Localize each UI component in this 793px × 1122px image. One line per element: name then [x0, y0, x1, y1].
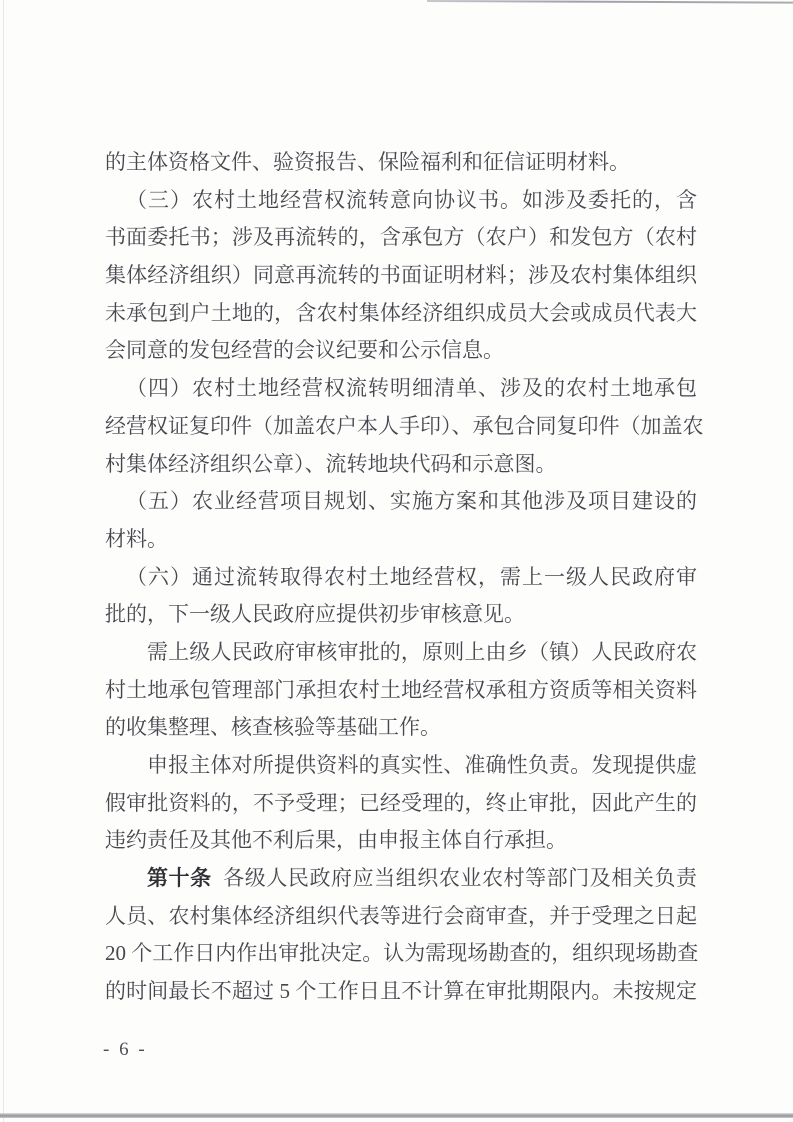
text-line: 需上级人民政府审核审批的，原则上由乡（镇）人民政府农 [105, 634, 697, 672]
scan-edge-bottom [0, 1113, 793, 1118]
scanned-document-page: 的主体资格文件、验资报告、保险福利和征信证明材料。（三）农村土地经营权流转意向协… [0, 0, 793, 1122]
scan-edge-top [427, 0, 793, 4]
text-line: 批的，下一级人民政府应提供初步审核意见。 [105, 596, 697, 634]
text-line: （四）农村土地经营权流转明细清单、涉及的农村土地承包 [105, 370, 697, 408]
text-line: 的主体资格文件、验资报告、保险福利和征信证明材料。 [105, 144, 697, 182]
page-number: - 6 - [103, 1040, 147, 1059]
text-line: 假审批资料的，不予受理；已经受理的，终止审批，因此产生的 [105, 785, 697, 823]
text-line: 书面委托书；涉及再流转的，含承包方（农户）和发包方（农村 [105, 219, 697, 257]
article-number-term: 第十条 [147, 866, 212, 890]
text-line: 的收集整理、核查核验等基础工作。 [105, 709, 697, 747]
text-line: 人员、农村集体经济组织代表等进行会商审查，并于受理之日起 [105, 898, 697, 936]
text-line: 经营权证复印件（加盖农户本人手印）、承包合同复印件（加盖农 [105, 408, 697, 446]
text-line: 材料。 [105, 521, 697, 559]
text-line: （六）通过流转取得农村土地经营权，需上一级人民政府审 [105, 559, 697, 597]
document-body: 的主体资格文件、验资报告、保险福利和征信证明材料。（三）农村土地经营权流转意向协… [105, 144, 697, 1011]
text-line: 的时间最长不超过 5 个工作日且不计算在审批期限内。未按规定 [105, 973, 697, 1011]
text-line: 会同意的发包经营的会议纪要和公示信息。 [105, 332, 697, 370]
text-line: 第十条各级人民政府应当组织农业农村等部门及相关负责 [105, 860, 697, 898]
text-line: 20 个工作日内作出审批决定。认为需现场勘查的，组织现场勘查 [105, 935, 697, 973]
scan-edge-left [3, 0, 4, 1122]
text-line: （五）农业经营项目规划、实施方案和其他涉及项目建设的 [105, 483, 697, 521]
text-line: （三）农村土地经营权流转意向协议书。如涉及委托的，含 [105, 182, 697, 220]
text-line: 违约责任及其他不利后果，由申报主体自行承担。 [105, 822, 697, 860]
text-line: 申报主体对所提供资料的真实性、准确性负责。发现提供虚 [105, 747, 697, 785]
text-line: 集体经济组织）同意再流转的书面证明材料；涉及农村集体组织 [105, 257, 697, 295]
text-line: 村集体经济组织公章）、流转地块代码和示意图。 [105, 446, 697, 484]
text-line: 未承包到户土地的，含农村集体经济组织成员大会或成员代表大 [105, 295, 697, 333]
text-line: 村土地承包管理部门承担农村土地经营权承租方资质等相关资料 [105, 672, 697, 710]
